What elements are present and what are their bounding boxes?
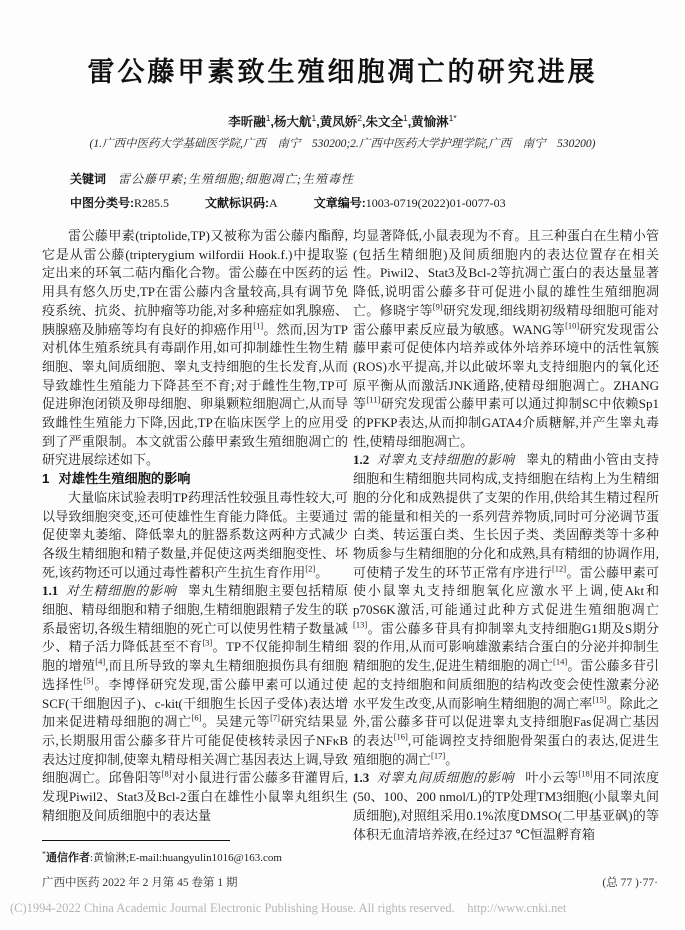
article-number: 文章编号:1003-0719(2022)01-0077-03 bbox=[314, 194, 506, 211]
footer-journal-info: 广西中医药 2022 年 2 月第 45 卷第 1 期 bbox=[42, 874, 238, 890]
affiliation-line: (1.广西中医药大学基础医学院,广西 南宁 530200;2.广西中医药大学护理… bbox=[0, 135, 685, 151]
footer-page-number: (总 77 )·77· bbox=[602, 874, 658, 890]
paragraph: 雷公藤甲素(triptolide,TP)又被称为雷公藤内酯醇,它是从雷公藤(tr… bbox=[42, 227, 348, 470]
body-column-left: 雷公藤甲素(triptolide,TP)又被称为雷公藤内酯醇,它是从雷公藤(tr… bbox=[42, 227, 348, 827]
clc-number: 中图分类号:R285.5 bbox=[70, 194, 169, 211]
subsection-paragraph: 1.3对睾丸间质细胞的影响叶小云等[18]用不同浓度(50、100、200 nm… bbox=[353, 769, 659, 842]
paragraph: 大量临床试验表明TP药理活性较强且毒性较大,可以导致细胞突变,还可使雄性生育能力… bbox=[42, 489, 348, 583]
article-title: 雷公藤甲素致生殖细胞凋亡的研究进展 bbox=[0, 50, 685, 89]
keywords-row: 关键词雷公藤甲素;生殖细胞;细胞凋亡;生殖毒性 bbox=[70, 170, 643, 187]
classification-row: 中图分类号:R285.5 文献标识码:A 文章编号:1003-0719(2022… bbox=[70, 194, 643, 211]
footnote-text: :黄愉淋;E-mail:huangyulin1016@163.com bbox=[90, 852, 282, 864]
journal-article-page: 雷公藤甲素致生殖细胞凋亡的研究进展 李昕融1,杨大航1,黄凤娇2,朱文全1,黄愉… bbox=[0, 0, 685, 930]
keywords-label: 关键词 bbox=[70, 172, 106, 186]
corresponding-author-note: *通信作者:黄愉淋;E-mail:huangyulin1016@163.com bbox=[42, 849, 282, 865]
subsection-paragraph: 1.2对睾丸支持细胞的影响睾丸的精曲小管由支持细胞和生精细胞共同构成,支持细胞在… bbox=[353, 451, 659, 769]
cnki-copyright-line: (C)1994-2022 China Academic Journal Elec… bbox=[10, 901, 675, 916]
authors-line: 李昕融1,杨大航1,黄凤娇2,朱文全1,黄愉淋1* bbox=[0, 112, 685, 130]
keywords-value: 雷公藤甲素;生殖细胞;细胞凋亡;生殖毒性 bbox=[118, 172, 354, 186]
section-heading: 1对雄性生殖细胞的影响 bbox=[42, 470, 348, 489]
subsection-paragraph: 1.1对生精细胞的影响睾丸生精细胞主要包括精原细胞、精母细胞和精子细胞,生精细胞… bbox=[42, 582, 348, 825]
paragraph: 均显著降低,小鼠表现为不育。且三种蛋白在生精小管(包括生精细胞)及间质细胞内的表… bbox=[353, 227, 659, 451]
body-column-right: 均显著降低,小鼠表现为不育。且三种蛋白在生精小管(包括生精细胞)及间质细胞内的表… bbox=[353, 227, 659, 842]
document-code: 文献标识码:A bbox=[205, 194, 278, 211]
footnote-label: 通信作者 bbox=[46, 852, 90, 864]
article-meta-block: 关键词雷公藤甲素;生殖细胞;细胞凋亡;生殖毒性 中图分类号:R285.5 文献标… bbox=[70, 170, 643, 218]
page-footer: 广西中医药 2022 年 2 月第 45 卷第 1 期 (总 77 )·77· bbox=[42, 874, 658, 890]
footnote-divider-rule bbox=[42, 840, 230, 841]
